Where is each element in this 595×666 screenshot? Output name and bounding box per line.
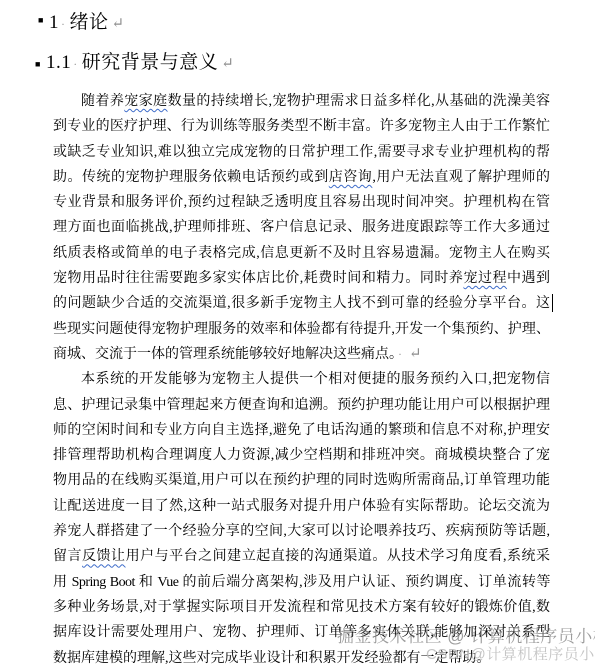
text-run: 数据库建模的理解,这些对完成毕业设计和积累开发经验都有一定帮助。 bbox=[53, 651, 491, 666]
space-mark-icon: · bbox=[73, 57, 78, 71]
text-line: 专业背景和服务评价,预约过程缺乏透明度且容易出现时间冲突。护理机构在管 bbox=[53, 190, 550, 215]
text-run: 排管理帮助机构合理调度人力资源,减少空档期和排班冲突。商城模块整合了宠 bbox=[53, 448, 550, 463]
text-run: 息、护理记录集中管理起来方便查询和追溯。预约护理功能让用户可以根据护理 bbox=[53, 398, 550, 413]
text-run: ,用户无法直观了解护理师的 bbox=[372, 170, 550, 185]
space-mark-icon: · bbox=[398, 347, 402, 361]
text-line: 多种业务场景,对于掌握实际项目开发流程和常见技术方案有较好的锻炼价值,数 bbox=[53, 595, 550, 620]
text-line: 留言反馈让用户与平台之间建立起直接的沟通渠道。从技术学习角度看,系统采 bbox=[53, 544, 550, 569]
text-run: 随着养 bbox=[81, 94, 124, 109]
text-run: 物用品的在线购买渠道,用户可以在预约护理的同时选购所需商品,订单管理功能 bbox=[53, 473, 550, 488]
paragraph-return-icon: ↵ bbox=[221, 56, 234, 72]
text-line: 本系统的开发能够为宠物主人提供一个相对便捷的服务预约入口,把宠物信 bbox=[53, 367, 550, 392]
text-line: 纸质表格或简单的电子表格完成,信息更新不及时且容易遗漏。宠物主人在购买 bbox=[53, 241, 550, 266]
text-run: 商城、交流于一体的管理系统能够较好地解决这些痛点。 bbox=[53, 347, 396, 362]
text-run: 专业背景和服务评价,预约过程缺乏透明度且容易出现时间冲突。护理机构在管 bbox=[53, 195, 550, 210]
text-run: 师的空闲时间和专业方向自主选择,避免了电话沟通的繁琐和信息不对称,护理安 bbox=[53, 423, 550, 438]
document-page: ■1·绪论↵ ■1.1·研究背景与意义↵ 随着养宠家庭数量的持续增长,宠物护理需… bbox=[0, 0, 595, 666]
document-body: 随着养宠家庭数量的持续增长,宠物护理需求日益多样化,从基础的洗澡美容到专业的医疗… bbox=[53, 89, 550, 666]
text-run: 据库设计需要处理用户、宠物、护理师、订单等多实体关联,能够加深对关系型 bbox=[53, 625, 550, 640]
text-run: 到专业的医疗护理、行为训练等服务类型不断丰富。许多宠物主人由于工作繁忙 bbox=[53, 119, 550, 134]
spellcheck-underlined-text: 店咨询 bbox=[329, 170, 373, 185]
heading-1: ■1·绪论↵ bbox=[38, 8, 595, 36]
text-run: 让配送进度一目了然,这种一站式服务对提升用户体验有实际帮助。论坛交流为 bbox=[53, 499, 550, 514]
spellcheck-underlined-text: 宠过程 bbox=[463, 271, 507, 286]
text-run: 养宠人群搭建了一个经验分享的空间,大家可以讨论喂养技巧、疾病预防等话题, bbox=[53, 524, 550, 539]
text-cursor[interactable] bbox=[552, 294, 554, 312]
paragraph-return-icon: ↵ bbox=[409, 346, 422, 362]
text-run: 理方面也面临挑战,护理师排班、客户信息记录、服务进度跟踪等工作大多通过 bbox=[53, 220, 550, 235]
heading-2-title: 研究背景与意义 bbox=[82, 52, 219, 73]
text-line: 据库设计需要处理用户、宠物、护理师、订单等多实体关联,能够加深对关系型 bbox=[53, 620, 550, 645]
space-mark-icon: · bbox=[61, 17, 66, 31]
text-line: 的问题缺少合适的交流渠道,很多新手宠物主人找不到可靠的经验分享平台。这 bbox=[53, 291, 550, 316]
text-run: 的问题缺少合适的交流渠道,很多新手宠物主人找不到可靠的经验分享平台。这 bbox=[53, 296, 550, 311]
heading-1-title: 绪论 bbox=[69, 12, 108, 33]
spellcheck-underlined-text: 宠家庭 bbox=[124, 94, 167, 109]
text-line: 随着养宠家庭数量的持续增长,宠物护理需求日益多样化,从基础的洗澡美容 bbox=[53, 89, 550, 114]
outline-square-icon: ■ bbox=[38, 8, 44, 32]
text-run: 助。传统的宠物护理服务依赖电话预约或到 bbox=[53, 170, 329, 185]
text-line: 或缺乏专业知识,难以独立完成宠物的日常护理工作,需要寻求专业护理机构的帮 bbox=[53, 140, 550, 165]
text-line: 用 Spring Boot 和 Vue 的前后端分离架构,涉及用户认证、预约调度… bbox=[53, 570, 550, 595]
heading-2: ■1.1·研究背景与意义↵ bbox=[35, 51, 595, 76]
text-line: 息、护理记录集中管理起来方便查询和追溯。预约护理功能让用户可以根据护理 bbox=[53, 393, 550, 418]
text-line: 养宠人群搭建了一个经验分享的空间,大家可以讨论喂养技巧、疾病预防等话题, bbox=[53, 519, 550, 544]
text-run: 些现实问题使得宠物护理服务的效率和体验都有待提升,开发一个集预约、护理、 bbox=[53, 322, 550, 337]
text-line: 些现实问题使得宠物护理服务的效率和体验都有待提升,开发一个集预约、护理、 bbox=[53, 317, 550, 342]
outline-square-icon: ■ bbox=[35, 52, 41, 76]
text-run: 用户与平台之间建立起直接的沟通渠道。从技术学习角度看,系统采 bbox=[126, 549, 550, 564]
text-run: 或缺乏专业知识,难以独立完成宠物的日常护理工作,需要寻求专业护理机构的帮 bbox=[53, 145, 550, 160]
text-run: 用 Spring Boot 和 Vue 的前后端分离架构,涉及用户认证、预约调度… bbox=[53, 575, 550, 590]
heading-1-number: 1 bbox=[49, 12, 59, 33]
text-line: 数据库建模的理解,这些对完成毕业设计和积累开发经验都有一定帮助。 bbox=[53, 646, 550, 666]
text-line: 助。传统的宠物护理服务依赖电话预约或到店咨询,用户无法直观了解护理师的 bbox=[53, 165, 550, 190]
text-run: 本系统的开发能够为宠物主人提供一个相对便捷的服务预约入口,把宠物信 bbox=[81, 372, 550, 387]
text-line: 物用品的在线购买渠道,用户可以在预约护理的同时选购所需商品,订单管理功能 bbox=[53, 468, 550, 493]
text-line: 商城、交流于一体的管理系统能够较好地解决这些痛点。·↵ bbox=[53, 342, 550, 367]
text-run: 留言 bbox=[53, 549, 82, 564]
text-line: 排管理帮助机构合理调度人力资源,减少空档期和排班冲突。商城模块整合了宠 bbox=[53, 443, 550, 468]
text-line: 师的空闲时间和专业方向自主选择,避免了电话沟通的繁琐和信息不对称,护理安 bbox=[53, 418, 550, 443]
heading-2-number: 1.1 bbox=[46, 52, 71, 73]
text-line: 让配送进度一目了然,这种一站式服务对提升用户体验有实际帮助。论坛交流为 bbox=[53, 494, 550, 519]
text-run: 多种业务场景,对于掌握实际项目开发流程和常见技术方案有较好的锻炼价值,数 bbox=[53, 600, 550, 615]
text-run: 宠物用品时往往需要跑多家实体店比价,耗费时间和精力。同时养 bbox=[53, 271, 463, 286]
text-line: 理方面也面临挑战,护理师排班、客户信息记录、服务进度跟踪等工作大多通过 bbox=[53, 215, 550, 240]
text-line: 宠物用品时往往需要跑多家实体店比价,耗费时间和精力。同时养宠过程中遇到 bbox=[53, 266, 550, 291]
paragraph-return-icon: ↵ bbox=[111, 16, 124, 32]
spellcheck-underlined-text: 反馈让 bbox=[82, 549, 126, 564]
text-line: 到专业的医疗护理、行为训练等服务类型不断丰富。许多宠物主人由于工作繁忙 bbox=[53, 114, 550, 139]
text-run: 纸质表格或简单的电子表格完成,信息更新不及时且容易遗漏。宠物主人在购买 bbox=[53, 246, 550, 261]
text-run: 数量的持续增长,宠物护理需求日益多样化,从基础的洗澡美容 bbox=[168, 94, 550, 109]
text-run: 中遇到 bbox=[507, 271, 550, 286]
